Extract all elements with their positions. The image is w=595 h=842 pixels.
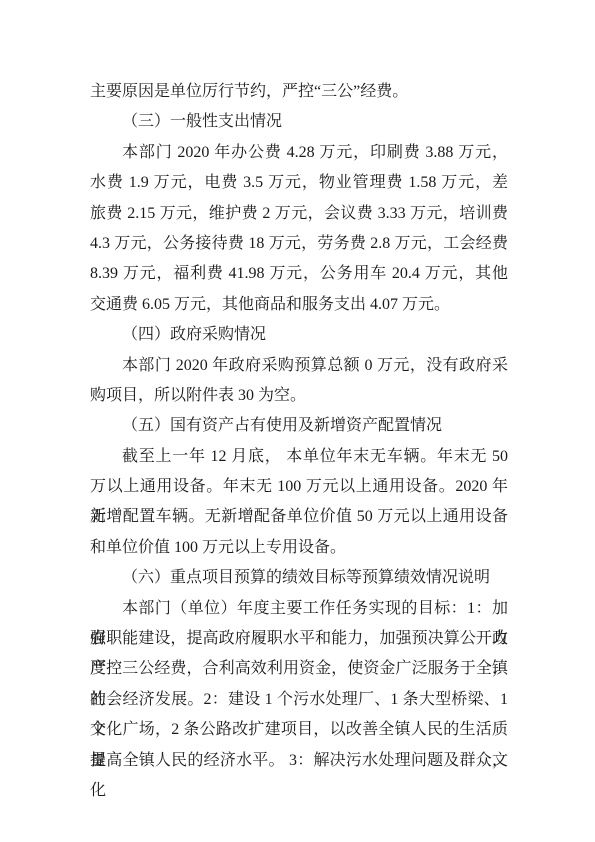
text-line: 和单位价值 100 万元以上专用设备。	[90, 533, 508, 563]
text-line: （五）国有资产占有使用及新增资产配置情况	[90, 411, 508, 441]
text-line: 交通费 6.05 万元，其他商品和服务支出 4.07 万元。	[90, 290, 508, 320]
text-line: 本部门 2020 年政府采购预算总额 0 万元，没有政府采	[90, 351, 508, 381]
text-line: 8.39 万元，福利费 41.98 万元，公务用车 20.4 万元，其他	[90, 259, 508, 289]
text-line: 截至上一年 12 月底， 本单位年末无车辆。年末无 50	[90, 442, 508, 472]
text-line: 旅费 2.15 万元，维护费 2 万元，会议费 3.33 万元，培训费	[90, 199, 508, 229]
text-line: （四）政府采购情况	[90, 320, 508, 350]
text-line: 提高全镇人民的经济水平。 3：解决污水处理问题及群众文化	[90, 746, 508, 776]
text-line: 新增配置车辆。无新增配备单位价值 50 万元以上通用设备	[90, 502, 508, 532]
text-line: 主要原因是单位厉行节约，严控“三公”经费。	[90, 77, 508, 107]
text-line: 水费 1.9 万元，电费 3.5 万元，物业管理费 1.58 万元，差	[90, 168, 508, 198]
text-line: 4.3 万元，公务接待费 18 万元，劳务费 2.8 万元，工会经费	[90, 229, 508, 259]
text-line: （三）一般性支出情况	[90, 107, 508, 137]
text-line: 严控三公经费，合利高效利用资金，使资金广泛服务于全镇的	[90, 654, 508, 684]
text-line: 文化广场，2 条公路改扩建项目，以改善全镇人民的生活质量，	[90, 715, 508, 745]
text-line: 社会经济发展。2：建设 1 个污水处理厂、1 条大型桥梁、1 个	[90, 685, 508, 715]
text-line: 本部门（单位）年度主要工作任务实现的目标：1：加强政	[90, 594, 508, 624]
text-line: 购项目，所以附件表 30 为空。	[90, 381, 508, 411]
text-line: （六）重点项目预算的绩效目标等预算绩效情况说明	[90, 563, 508, 593]
text-line: 本部门 2020 年办公费 4.28 万元，印刷费 3.88 万元，	[90, 138, 508, 168]
text-line: 万以上通用设备。年末无 100 万元以上通用设备。2020 年无	[90, 472, 508, 502]
document-page: 主要原因是单位厉行节约，严控“三公”经费。（三）一般性支出情况本部门 2020 …	[0, 0, 595, 842]
document-text-block: 主要原因是单位厉行节约，严控“三公”经费。（三）一般性支出情况本部门 2020 …	[90, 77, 508, 776]
text-line: 府职能建设，提高政府履职水平和能力，加强预决算公开力度，	[90, 624, 508, 654]
